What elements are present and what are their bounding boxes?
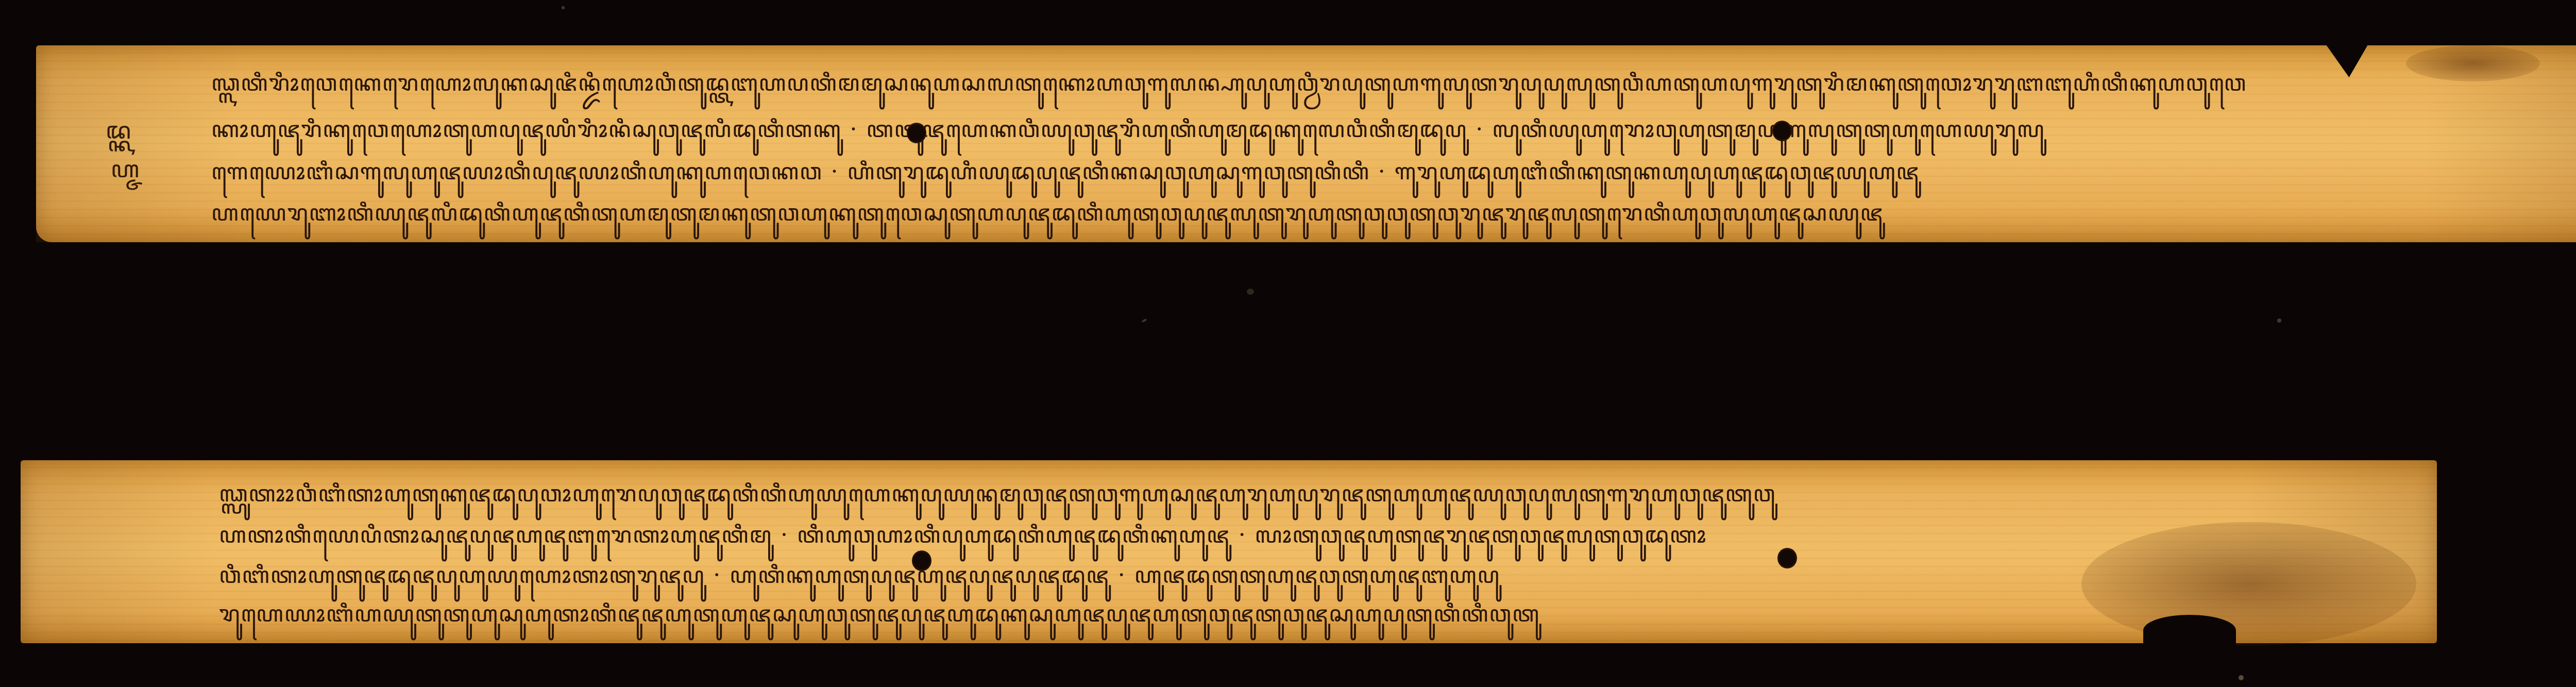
binding-hole (1772, 121, 1792, 141)
manuscript-line: ꦒꦺꦪꦺꦴꦧꦶꦱꦒꦸꦭꦸꦲꦸꦗꦸꦪꦴꦠꦶꦥꦸꦗꦸꦪꦴꦠꦶꦲꦸꦏꦸꦲꦮꦺꦏꦮ · … (211, 155, 2540, 200)
background-speck (2239, 675, 2244, 680)
manuscript-line: ꦏꦴꦲꦸꦗꦸꦫꦶꦏꦸꦮꦺꦲꦺꦴꦠꦸꦲꦥꦸꦗꦸꦪꦶꦫꦶꦴꦤꦶꦱꦸꦮꦸꦗꦸꦭꦶꦢꦸꦠ… (211, 112, 2540, 158)
burn-hole (2143, 615, 2236, 646)
manuscript-line: ꦓ꧀ꦭꦸꦠꦴꦴꦮꦶꦧꦶꦠꦴꦲꦸꦠꦸꦏꦸꦗꦸꦢꦸꦥꦸꦮꦴꦲꦸꦫꦺꦥꦸꦮꦸꦗꦸꦢꦸꦠ… (219, 477, 2403, 523)
binding-hole (1777, 548, 1797, 568)
binding-hole (912, 550, 931, 571)
background-speck (1142, 319, 1147, 323)
manuscript-line: ꦫꦸꦲꦺꦪꦴꦧꦶꦲꦪꦸꦠꦸꦠꦸꦲꦸꦱꦸꦲꦸꦠꦴꦠꦶꦗꦸꦗꦸꦲꦸꦠꦸꦲꦸꦗꦸꦱꦸꦲ… (219, 597, 2362, 643)
binding-hole (907, 123, 926, 143)
manuscript-line: ꦲꦪꦺꦫꦸꦧꦴꦠꦶꦪꦸꦗꦸꦭꦶꦢꦸꦠꦶꦲꦸꦗꦸꦠꦶꦠꦸꦲꦩꦸꦠꦸꦩꦏꦸꦠꦸꦮꦲꦸ… (211, 196, 2576, 242)
background-speck (2277, 319, 2281, 323)
background-speck (1247, 289, 1254, 295)
stain (2406, 45, 2540, 81)
manuscript-line: ꦲꦠꦴꦠꦶꦪꦺꦥꦶꦠꦴꦱꦸꦗꦸꦥꦸꦗꦸꦲꦸꦗꦸꦧꦸꦫꦺꦠꦴꦲꦸꦗꦸꦠꦶꦩꦸ · … (219, 518, 2393, 564)
folio-numeral: ꦲ꧀ꦗ (111, 151, 139, 199)
manuscript-line: ꦓ꧀ꦭꦠꦶꦫꦶꦴꦮꦺꦏꦺꦫꦺꦲꦺꦴꦭꦸꦏꦱꦸꦗꦶꦤ꧀ꦢꦶꦲꦺꦴꦮꦶꦠꦸꦢ꧀ꦠꦧꦸ… (211, 66, 2576, 112)
palm-leaf-top: ꦢ꧀ꦏ ꦲ꧀ꦗ ꦓ꧀ꦭꦠꦶꦫꦶꦴꦮꦺꦏꦺꦫꦺꦲꦺꦴꦭꦸꦏꦱꦸꦗꦶꦤ꧀ꦢꦶꦲꦺꦴꦮ… (36, 45, 2576, 242)
palm-leaf-bottom: ꦓ꧀ꦭꦸꦠꦴꦴꦮꦶꦧꦶꦠꦴꦲꦸꦠꦸꦏꦸꦗꦸꦢꦸꦥꦸꦮꦴꦲꦸꦫꦺꦥꦸꦮꦸꦗꦸꦢꦸꦠ… (21, 460, 2437, 643)
background-speck (562, 6, 565, 9)
stain (2081, 522, 2416, 646)
